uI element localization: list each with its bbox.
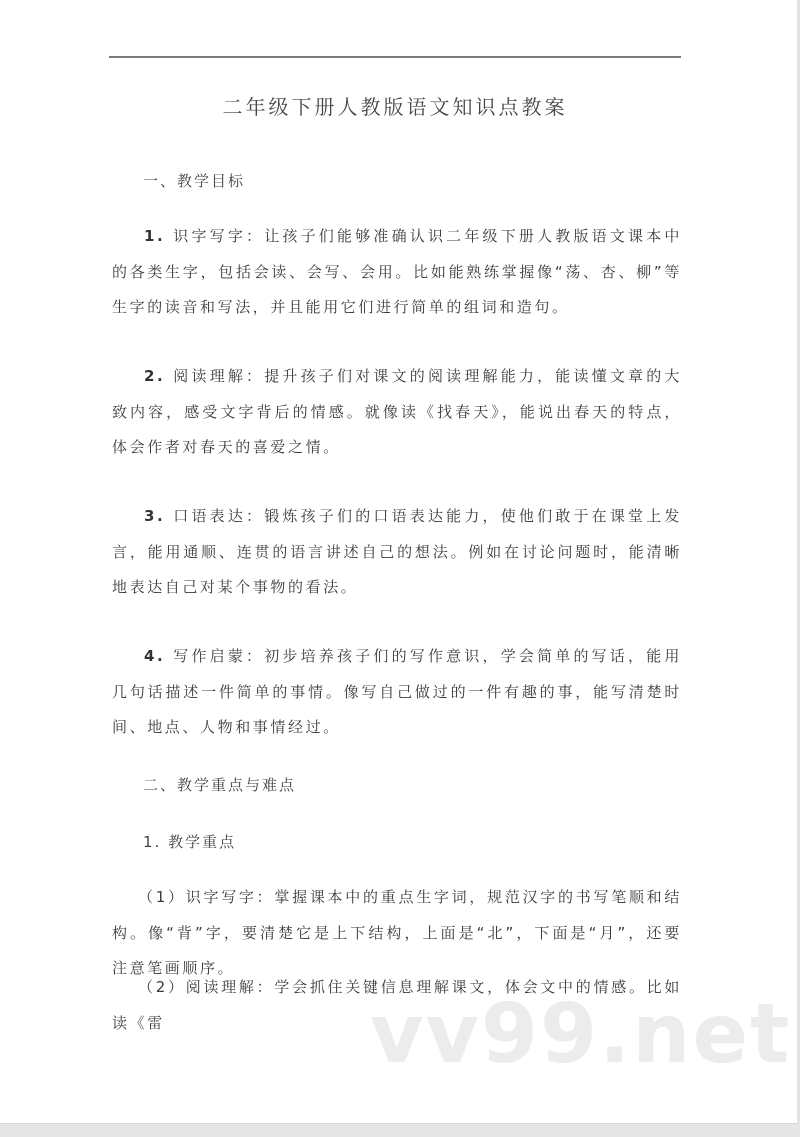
document-title: 二年级下册人教版语文知识点教案 xyxy=(0,93,790,121)
item-text: 阅读理解：提升孩子们对课文的阅读理解能力，能读懂文章的大致内容，感受文字背后的情… xyxy=(112,367,682,456)
item-number: 4. xyxy=(144,647,165,665)
item-number: （2） xyxy=(138,978,186,996)
section-heading-objectives: 一、教学目标 xyxy=(143,170,245,192)
focus-item-reading: （2）阅读理解：学会抓住关键信息理解课文，体会文中的情感。比如读《雷 xyxy=(112,970,682,1041)
item-text: 阅读理解：学会抓住关键信息理解课文，体会文中的情感。比如读《雷 xyxy=(112,978,682,1032)
header-rule xyxy=(109,56,681,58)
item-number: 1. xyxy=(144,227,165,245)
item-number: 3. xyxy=(144,507,165,525)
item-number: （1） xyxy=(138,888,186,906)
objective-item-speaking: 3. 口语表达：锻炼孩子们的口语表达能力，使他们敢于在课堂上发言，能用通顺、连贯… xyxy=(112,499,682,606)
item-text: 识字写字：让孩子们能够准确认识二年级下册人教版语文课本中的各类生字，包括会读、会… xyxy=(112,227,682,316)
document-page: 二年级下册人教版语文知识点教案 一、教学目标 1. 识字写字：让孩子们能够准确认… xyxy=(0,0,799,1124)
objective-item-reading: 2. 阅读理解：提升孩子们对课文的阅读理解能力，能读懂文章的大致内容，感受文字背… xyxy=(112,359,682,466)
objective-item-writing: 4. 写作启蒙：初步培养孩子们的写作意识，学会简单的写话，能用几句话描述一件简单… xyxy=(112,639,682,746)
item-text: 识字写字：掌握课本中的重点生字词，规范汉字的书写笔顺和结构。像“背”字，要清楚它… xyxy=(112,888,682,977)
subheading-teaching-focus: 1. 教学重点 xyxy=(143,831,236,853)
page-bottom-margin xyxy=(0,1124,800,1137)
item-text: 写作启蒙：初步培养孩子们的写作意识，学会简单的写话，能用几句话描述一件简单的事情… xyxy=(112,647,682,736)
item-text: 口语表达：锻炼孩子们的口语表达能力，使他们敢于在课堂上发言，能用通顺、连贯的语言… xyxy=(112,507,682,596)
item-number: 2. xyxy=(144,367,165,385)
section-heading-key-points: 二、教学重点与难点 xyxy=(143,774,296,796)
objective-item-literacy: 1. 识字写字：让孩子们能够准确认识二年级下册人教版语文课本中的各类生字，包括会… xyxy=(112,219,682,326)
